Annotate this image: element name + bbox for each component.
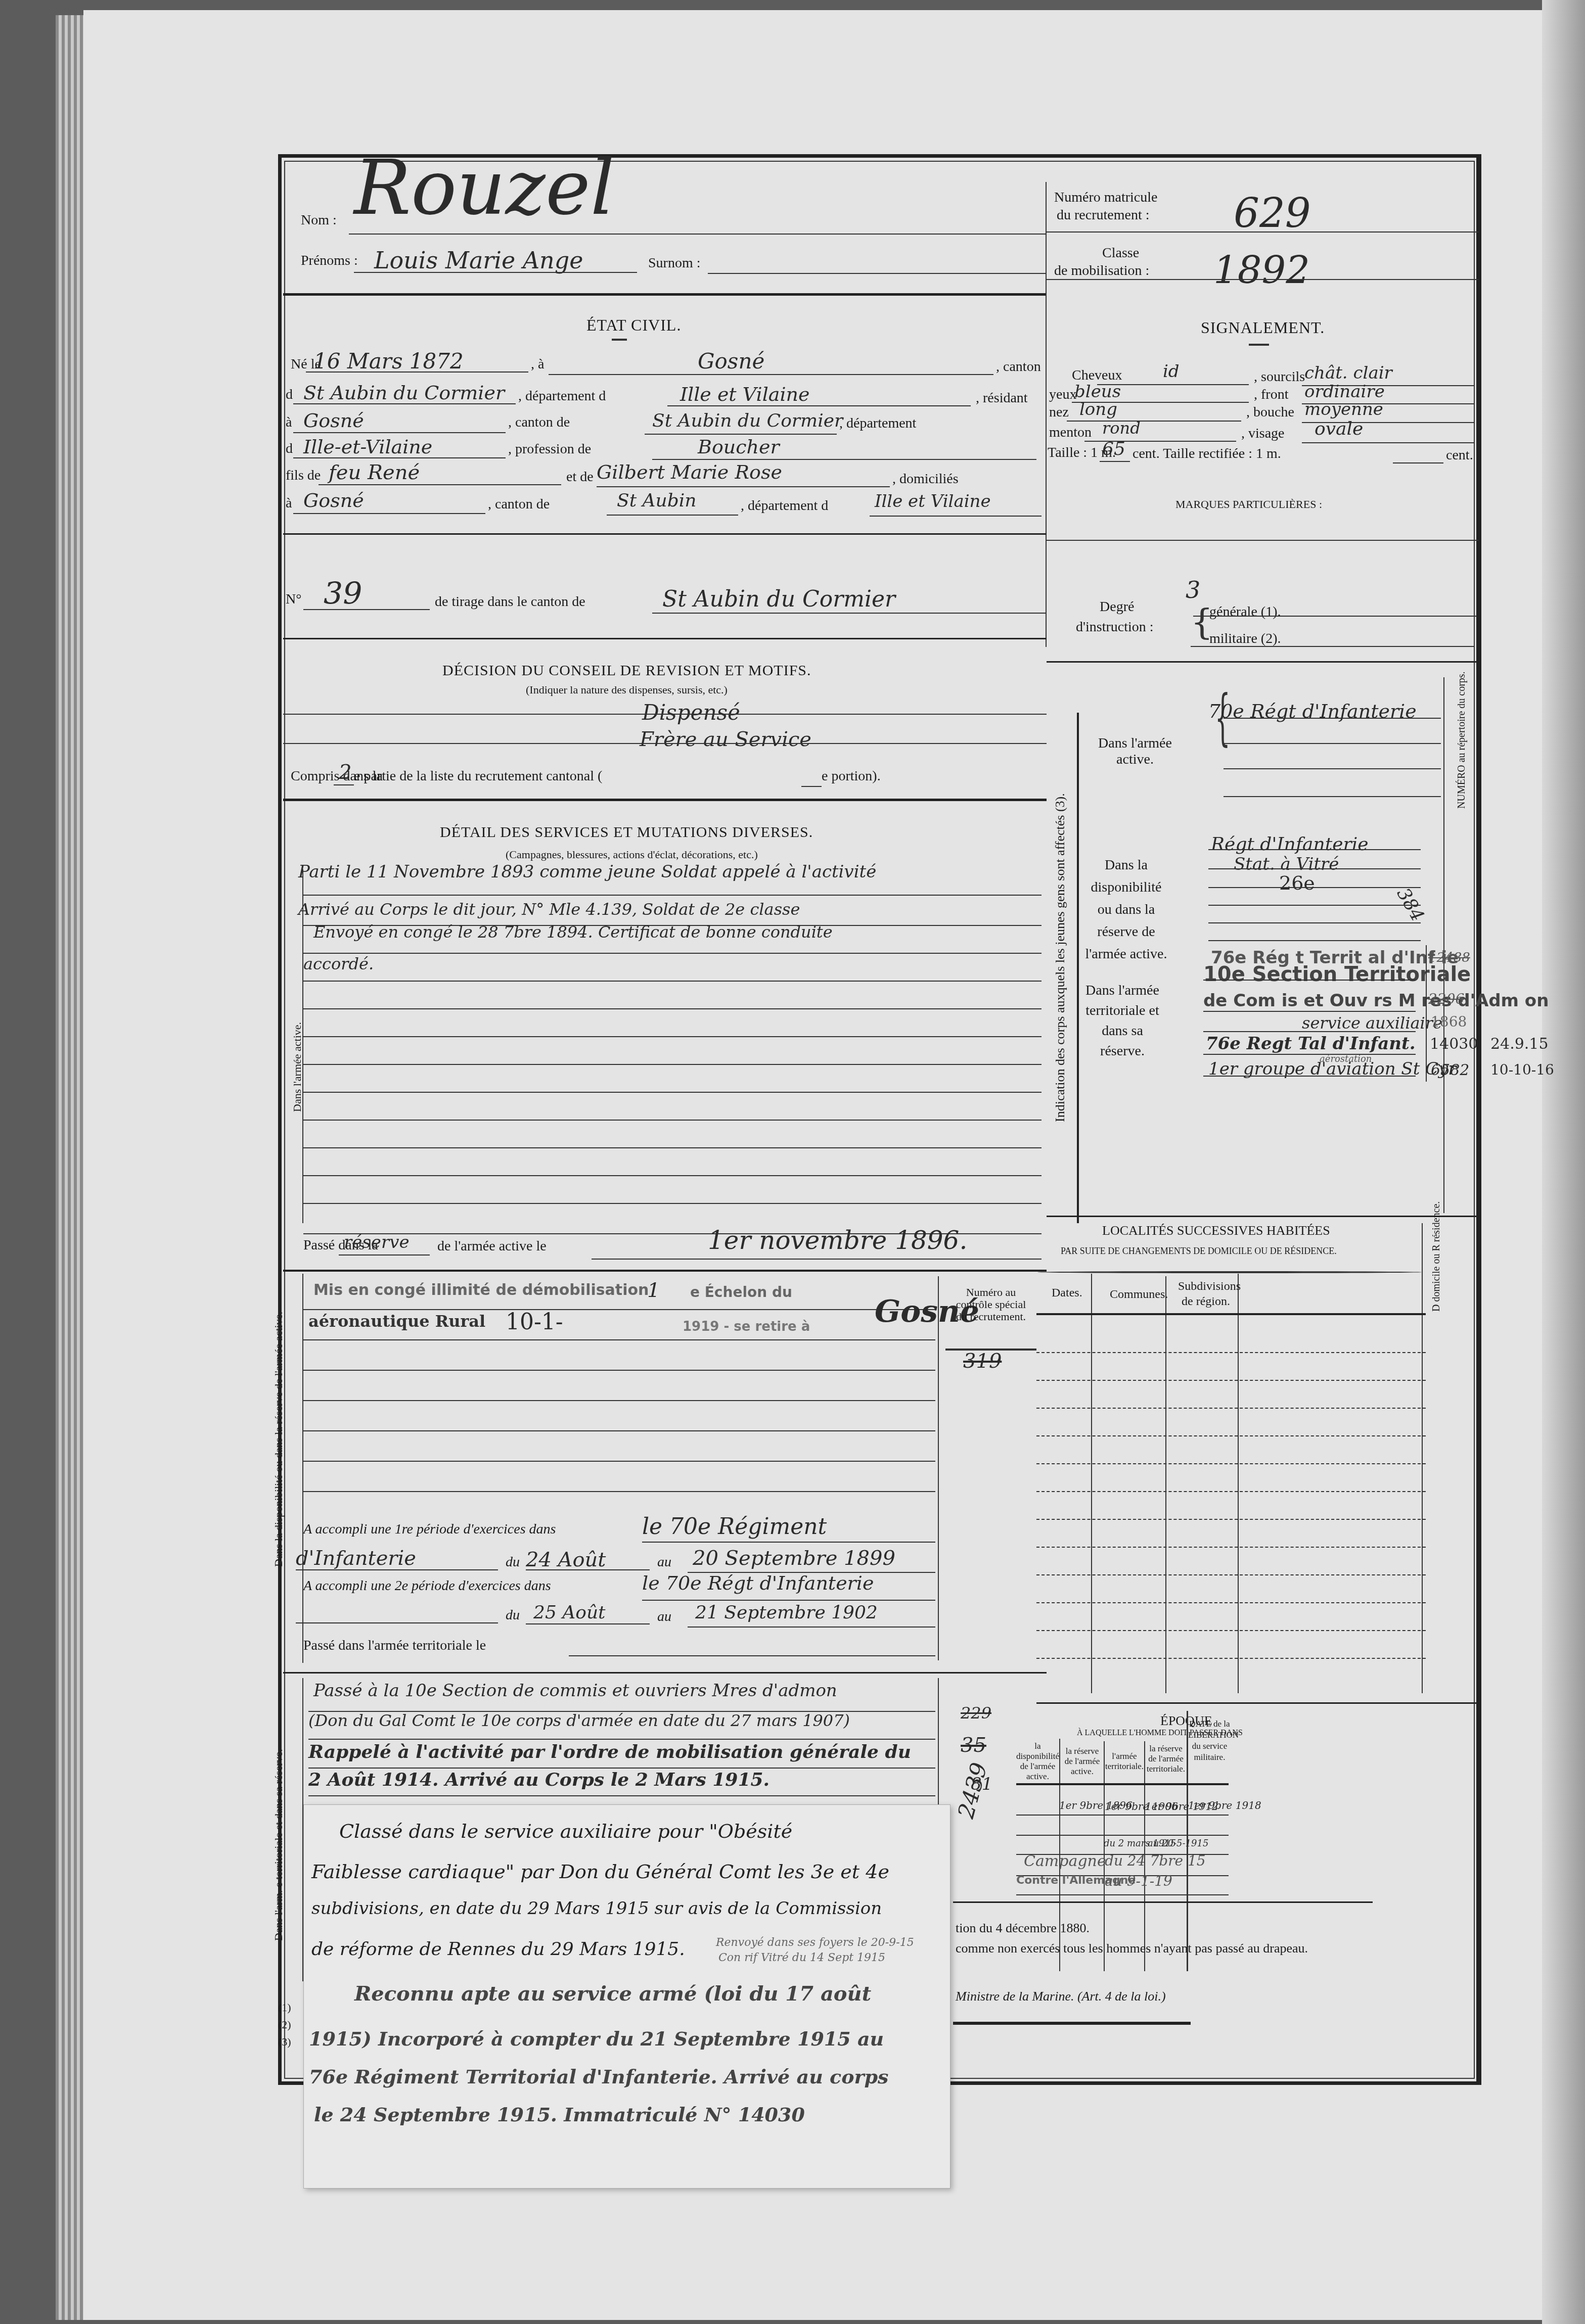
yeux-label: yeux bbox=[1049, 387, 1076, 403]
classe-label-2: de mobilisation : bbox=[1054, 263, 1149, 279]
nom-label: Nom : bbox=[301, 212, 337, 228]
corps-territoriale-date-1: 24.9.15 bbox=[1490, 1035, 1549, 1053]
numero-controle-title: Numéro au contrôle spécial du recrutemen… bbox=[953, 1286, 1029, 1323]
territoriale-line-4: 2 Août 1914. Arrivé au Corps le 2 Mars 1… bbox=[308, 1769, 769, 1790]
date-liberation-value: 1er 9bre 1918 bbox=[1188, 1799, 1261, 1811]
profession-value: Boucher bbox=[698, 436, 780, 458]
services-subtitle: (Campagnes, blessures, actions d'éclat, … bbox=[506, 848, 758, 861]
campagne-label: Campagne bbox=[1024, 1852, 1106, 1870]
domicile-a-label: à bbox=[286, 495, 292, 512]
territoriale-line-3: Rappelé à l'activité par l'ordre de mobi… bbox=[308, 1741, 911, 1762]
note-line-8: le 24 Septembre 1915. Immatriculé N° 140… bbox=[314, 2103, 805, 2126]
domicile-departement-label: , département d bbox=[741, 498, 828, 514]
front-value: ordinaire bbox=[1304, 382, 1385, 402]
territoriale-line-1: Passé à la 10e Section de commis et ouvr… bbox=[313, 1681, 837, 1701]
epoque-col-reserve-active: la réserve de l'armée active. bbox=[1061, 1746, 1104, 1777]
periode2-value: le 70e Régt d'Infanterie bbox=[642, 1572, 874, 1594]
matricule-label-2: du recrutement : bbox=[1057, 207, 1149, 223]
note-line-1: Classé dans le service auxiliaire pour "… bbox=[339, 1820, 792, 1842]
campagne-au: au 9-1-19 bbox=[1105, 1873, 1172, 1889]
profession-label: , profession de bbox=[508, 441, 591, 457]
residant-departement-value: Ille-et-Vilaine bbox=[303, 436, 432, 458]
periode1-au-value: 20 Septembre 1899 bbox=[693, 1547, 895, 1570]
epoque-col-disponibilite: la disponibilité de l'armée active. bbox=[1016, 1741, 1059, 1782]
domicile-a-value: Gosné bbox=[303, 489, 364, 512]
periode1-du-label: du bbox=[506, 1554, 520, 1570]
visage-label: , visage bbox=[1241, 426, 1285, 442]
canton-label: , canton bbox=[996, 359, 1041, 375]
localites-side-column: D domicile ou R résidence. bbox=[1431, 1201, 1442, 1312]
matricule-value: 629 bbox=[1234, 190, 1311, 237]
domicilies-label: , domiciliés bbox=[892, 471, 959, 487]
conge-line2-hw: aéronautique Rural bbox=[308, 1312, 485, 1331]
visage-value: ovale bbox=[1315, 419, 1363, 439]
note-line-3: subdivisions, en date du 29 Mars 1915 su… bbox=[311, 1898, 882, 1919]
corps-territoriale-number-2: 2206 bbox=[1428, 991, 1464, 1007]
territoriale-number-1: 229 bbox=[961, 1703, 991, 1723]
corps-territoriale-stamp-2: 10e Section Territoriale bbox=[1203, 963, 1471, 986]
compris-value: 2 bbox=[339, 761, 351, 784]
taille-value: 65 bbox=[1102, 439, 1125, 459]
residant-departement-label: , département bbox=[839, 415, 916, 432]
residant-label: , résidant bbox=[976, 390, 1028, 406]
marques-particulieres-label: MARQUES PARTICULIÈRES : bbox=[1175, 498, 1322, 511]
corps-disponibilite-label: Dans la disponibilité ou dans la réserve… bbox=[1084, 854, 1168, 965]
cent-label: cent. bbox=[1446, 447, 1473, 463]
corps-territoriale-number-5: 6582 bbox=[1431, 1061, 1469, 1079]
departement-label: , département d bbox=[518, 388, 606, 404]
campagne-du: du 24 7bre 15 bbox=[1105, 1852, 1206, 1869]
service-line-4: accordé. bbox=[303, 954, 374, 973]
periode1-label: A accompli une 1re période d'exercices d… bbox=[303, 1521, 556, 1538]
side-label-disponibilite: Dans la disponibilité ou dans la réserve… bbox=[272, 1312, 285, 1567]
sourcils-value: chât. clair bbox=[1304, 363, 1392, 383]
portion-suffix: e portion). bbox=[822, 768, 881, 784]
domicile-canton-label: , canton de bbox=[488, 496, 550, 513]
numero-repertoire-label: NUMÉRO au répertoire du corps. bbox=[1456, 671, 1468, 809]
compris-suffix: e partie de la liste du recrutement cant… bbox=[354, 768, 602, 784]
front-label: , front bbox=[1254, 387, 1288, 403]
bouche-value: moyenne bbox=[1304, 399, 1383, 420]
passe-reserve-date: 1er novembre 1896. bbox=[708, 1226, 967, 1255]
prenoms-value: Louis Marie Ange bbox=[374, 247, 583, 274]
corps-territoriale-hw-1: service auxiliaire bbox=[1302, 1013, 1442, 1033]
residant-canton-label: , canton de bbox=[508, 414, 570, 431]
corps-territoriale-date-2: 10-10-16 bbox=[1490, 1061, 1554, 1078]
periode1-value: le 70e Régiment bbox=[642, 1514, 827, 1540]
pere-value: feu René bbox=[329, 461, 420, 484]
periode2-label: A accompli une 2e période d'exercices da… bbox=[303, 1578, 551, 1594]
birth-canton-value: St Aubin du Cormier bbox=[303, 382, 505, 404]
decision-subtitle: (Indiquer la nature des dispenses, sursi… bbox=[526, 683, 728, 696]
instruction-militaire-label: militaire (2). bbox=[1209, 631, 1281, 647]
conge-date: 10-1- bbox=[506, 1309, 563, 1335]
localites-subtitle: PAR SUITE DE CHANGEMENTS DE DOMICILE OU … bbox=[1061, 1246, 1337, 1257]
tirage-canton-value: St Aubin du Cormier bbox=[662, 586, 895, 612]
corps-disponibilite-value-1: Régt d'Infanterie bbox=[1211, 834, 1368, 855]
corps-territoriale-number-3: 1868 bbox=[1431, 1013, 1467, 1030]
cheveux-value: id bbox=[1163, 361, 1180, 382]
services-title: DÉTAIL DES SERVICES ET MUTATIONS DIVERSE… bbox=[440, 824, 813, 841]
residant-a-label: à bbox=[286, 414, 292, 431]
d-label: d bbox=[286, 387, 293, 403]
date-liberation-title: DATE de la LIBÉRATION du service militai… bbox=[1188, 1718, 1231, 1763]
periode1-au-label: au bbox=[657, 1554, 671, 1570]
residant-d-label: d bbox=[286, 441, 293, 457]
prenoms-label: Prénoms : bbox=[301, 253, 358, 269]
decision-title: DÉCISION DU CONSEIL DE REVISION ET MOTIF… bbox=[442, 662, 811, 679]
signalement-title: SIGNALEMENT. bbox=[1201, 318, 1325, 337]
birth-place-value: Gosné bbox=[698, 349, 764, 374]
tirage-canton-label: de tirage dans le canton de bbox=[435, 594, 585, 610]
classe-label-1: Classe bbox=[1102, 245, 1139, 261]
service-line-3: Envoyé en congé le 28 7bre 1894. Certifi… bbox=[313, 922, 833, 942]
menton-value: rond bbox=[1102, 419, 1141, 438]
corps-territoriale-hw-2: 76e Regt Tal d'Infant. bbox=[1206, 1034, 1416, 1054]
book-page-edges bbox=[56, 15, 86, 2320]
corps-disponibilite-value-3: 26e bbox=[1279, 872, 1315, 894]
instruction-label-2: d'instruction : bbox=[1076, 619, 1154, 635]
corps-side-label: Indication des corps auxquels les jeunes… bbox=[1053, 793, 1068, 1122]
localites-col-dates: Dates. bbox=[1052, 1286, 1082, 1300]
periode1-line2: d'Infanterie bbox=[296, 1547, 416, 1570]
decision-line-2: Frère au Service bbox=[640, 728, 811, 751]
residant-a-value: Gosné bbox=[303, 409, 364, 432]
footnote-markers: (1) (2) (3) bbox=[278, 1999, 291, 2051]
note-annotation-1: Renvoyé dans ses foyers le 20-9-15 bbox=[716, 1936, 914, 1949]
etat-civil-title: ÉTAT CIVIL. bbox=[586, 316, 681, 335]
passe-reserve-value: réserve bbox=[344, 1232, 410, 1252]
birth-date-value: 16 Mars 1872 bbox=[313, 349, 464, 374]
sourcils-label: , sourcils bbox=[1254, 369, 1305, 385]
note-line-2: Faiblesse cardiaque" par Don du Général … bbox=[311, 1861, 889, 1883]
a-label: , à bbox=[531, 356, 544, 373]
instruction-generale-value: 3 bbox=[1186, 576, 1200, 603]
periode2-au-value: 21 Septembre 1902 bbox=[695, 1602, 878, 1623]
service-line-2: Arrivé au Corps le dit jour, N° Mle 4.13… bbox=[298, 900, 800, 919]
note-annotation-2: Con rif Vitré du 14 Sept 1915 bbox=[718, 1951, 885, 1964]
corps-territoriale-stamp-3: de Com is et Ouv rs M res d'Adm on bbox=[1203, 991, 1549, 1011]
footnote-line-2: comme non exercés tous les hommes n'ayan… bbox=[956, 1941, 1308, 1956]
residant-canton-value: St Aubin du Cormier bbox=[652, 410, 843, 431]
classe-value: 1892 bbox=[1213, 248, 1310, 292]
decision-line-1: Dispensé bbox=[642, 700, 740, 725]
periode2-du-label: du bbox=[506, 1607, 520, 1623]
bouche-label: , bouche bbox=[1246, 404, 1294, 421]
mere-value: Gilbert Marie Rose bbox=[597, 461, 782, 483]
nom-value: Rouzel bbox=[354, 144, 615, 232]
domicile-canton-value: St Aubin bbox=[617, 490, 697, 511]
numero-controle-value: 319 bbox=[963, 1350, 1002, 1373]
instruction-label-1: Degré bbox=[1100, 599, 1134, 615]
conge-year-stamp: 1919 - se retire à bbox=[683, 1319, 810, 1334]
service-line-1: Parti le 11 Novembre 1893 comme jeune So… bbox=[298, 862, 876, 882]
corps-territoriale-number-4: 14030 bbox=[1430, 1035, 1478, 1053]
territoriale-number-2: 35 bbox=[961, 1734, 986, 1757]
et-de-label: et de bbox=[566, 469, 594, 485]
fils-de-label: fils de bbox=[286, 468, 321, 484]
territoriale-line-2: (Don du Gal Comt le 10e corps d'armée en… bbox=[308, 1711, 850, 1730]
menton-label: menton bbox=[1049, 425, 1092, 441]
side-label-territoriale: Dans l'arm. e territoriale et dans sa ré… bbox=[272, 1749, 285, 1941]
corps-territoriale-label: Dans l'armée territoriale et dans sa rés… bbox=[1082, 981, 1163, 1061]
footnote-line-3: Ministre de la Marine. (Art. 4 de la loi… bbox=[956, 1989, 1166, 2004]
domicile-departement-value: Ille et Vilaine bbox=[875, 491, 991, 512]
surnom-label: Surnom : bbox=[648, 255, 700, 271]
note-line-4: de réforme de Rennes du 29 Mars 1915. bbox=[311, 1939, 685, 1960]
tirage-no-value: 39 bbox=[324, 576, 362, 612]
birth-departement-value: Ille et Vilaine bbox=[680, 383, 810, 405]
periode2-au-label: au bbox=[657, 1609, 671, 1625]
nez-label: nez bbox=[1049, 404, 1069, 421]
periode1-du-value: 24 Août bbox=[526, 1548, 606, 1571]
localites-col-subdivisions: Subdivisions de région. bbox=[1178, 1279, 1234, 1309]
tirage-no-label: N° bbox=[286, 591, 301, 608]
corps-disponibilite-value-2: Stat. à Vitré bbox=[1234, 854, 1339, 874]
conge-stamp: Mis en congé illimité de démobilisation bbox=[313, 1281, 649, 1299]
pasted-note: Classé dans le service auxiliaire pour "… bbox=[303, 1804, 950, 2189]
corps-active-label: Dans l'armée active. bbox=[1084, 735, 1186, 768]
nez-value: long bbox=[1079, 399, 1117, 420]
book-gutter bbox=[1542, 0, 1585, 2324]
instruction-generale-label: générale (1). bbox=[1209, 604, 1281, 620]
conge-echelon: 1 bbox=[647, 1279, 660, 1302]
passe-reserve-mid: de l'armée active le bbox=[437, 1238, 547, 1254]
side-label-active: Dans l'armée active. bbox=[291, 1022, 304, 1112]
epoque-col-reserve-territoriale: la réserve de l'armée territoriale. bbox=[1145, 1744, 1187, 1774]
passe-territoriale-label: Passé dans l'armée territoriale le bbox=[303, 1638, 486, 1654]
note-line-5: Reconnu apte au service armé (loi du 17 … bbox=[354, 1982, 871, 2006]
footnote-line-1: tion du 4 décembre 1880. bbox=[956, 1921, 1090, 1936]
yeux-value: bleus bbox=[1074, 382, 1121, 402]
note-line-6: 1915) Incorporé à compter du 21 Septembr… bbox=[309, 2027, 884, 2050]
periode2-du-value: 25 Août bbox=[533, 1602, 606, 1623]
epoque-rappel-au: au 20-5-1915 bbox=[1148, 1838, 1208, 1849]
corps-active-value: 70e Régt d'Infanterie bbox=[1208, 700, 1417, 722]
note-line-7: 76e Régiment Territorial d'Infanterie. A… bbox=[309, 2065, 888, 2088]
taille-rectifiee-label: cent. Taille rectifiée : 1 m. bbox=[1133, 446, 1281, 462]
epoque-col-territoriale: l'armée territoriale. bbox=[1105, 1751, 1144, 1772]
localites-col-communes: Communes. bbox=[1110, 1288, 1168, 1302]
localites-title: LOCALITÉS SUCCESSIVES HABITÉES bbox=[1102, 1223, 1330, 1238]
matricule-label-1: Numéro matricule bbox=[1054, 190, 1157, 206]
conge-echelon-label: e Échelon du bbox=[690, 1284, 792, 1300]
corps-territoriale-number-1: 12488 bbox=[1428, 950, 1470, 965]
